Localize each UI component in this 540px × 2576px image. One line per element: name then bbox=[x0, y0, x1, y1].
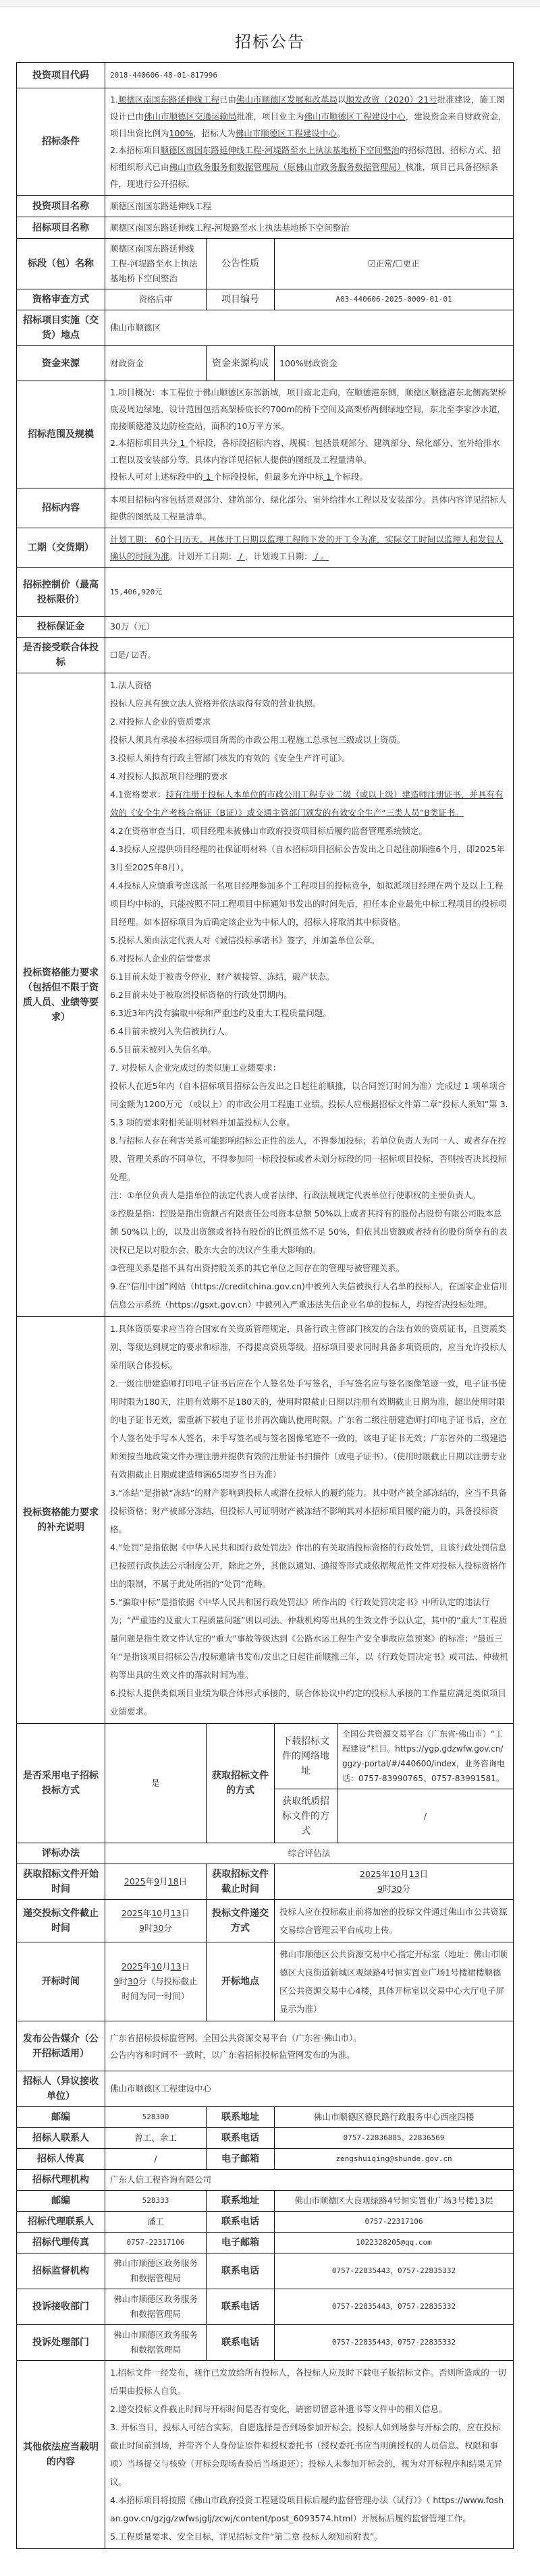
label-contact: 招标人联系人 bbox=[17, 2128, 105, 2149]
row-review: 资格审查方式 资格后审 项目编号 A03-440606-2025-0009-01… bbox=[17, 289, 514, 310]
value-phone: 0757-22836885、22836569 bbox=[275, 2128, 514, 2149]
label-agency-phone: 联系电话 bbox=[207, 2212, 275, 2233]
row-agency-post: 邮编 528333 联系地址 佛山市顺德区大良观绿路4号恒实置业广场3号楼13层 bbox=[17, 2191, 514, 2212]
value-agency-phone: 0757-22317106 bbox=[275, 2212, 514, 2233]
qualification-line: 投标人须具有承接本招标项目所需的市政公用工程施工总承包三级或以上资质。 bbox=[110, 731, 508, 749]
label-tenderer: 招标人（异议接收单位） bbox=[17, 2071, 105, 2107]
label-agency-contact: 招标代理联系人 bbox=[17, 2212, 105, 2233]
underlined-text: 顺发改资（2020）21号 bbox=[346, 94, 437, 105]
value-submit-deadline: 2025年10月13日9时30分 bbox=[105, 1900, 207, 1942]
label-qualification: 投标资格能力要求（包括但不限于资质人员、业绩等要求） bbox=[17, 673, 105, 1317]
underlined-text: 计划工期： bbox=[110, 534, 153, 544]
label-submit-method: 投标文件递交方式 bbox=[207, 1900, 275, 1942]
label-email: 电子邮箱 bbox=[207, 2149, 275, 2170]
hour: 9 bbox=[139, 1923, 144, 1933]
row-qualification: 投标资格能力要求（包括但不限于资质人员、业绩等要求） 1.法人资格 投标人应具有… bbox=[17, 673, 514, 1317]
value-complaint-receive-phone: 0757-22835443，0757-22835332 bbox=[275, 2289, 514, 2325]
text: 2.本招标项目共分 bbox=[110, 438, 177, 448]
value-download-address[interactable]: 全国公共资源交易平台（广东省·佛山市）“工程建设”栏目。https://ygp.… bbox=[337, 1724, 514, 1789]
row-complaint-process: 投诉处理部门 佛山市顺德区政务服务和数据管理局 联系电话 0757-228354… bbox=[17, 2325, 514, 2361]
label-complaint-receive-phone: 联系电话 bbox=[207, 2289, 275, 2325]
row-tenderer: 招标人（异议接收单位） 佛山市顺德区工程建设中心 bbox=[17, 2071, 514, 2107]
value-conditions: 1.顺德区南国东路延伸线工程已由佛山市顺德区发展和改革局以顺发改资（2020）2… bbox=[105, 88, 514, 196]
underlined-text: 佛山市政务服务和数据管理局（原佛山市政务服务数据管理局） bbox=[169, 162, 406, 172]
value-tenderer: 佛山市顺德区工程建设中心 bbox=[105, 2071, 514, 2107]
value-address: 佛山市顺德区德民路行政服务中心西座四楼 bbox=[275, 2107, 514, 2128]
value-evaluation: 综合评估法 bbox=[105, 1843, 514, 1864]
other-line: 1.招标文件一经发布，视作已发放给所有投标人，各投标人应及时下载电子版招标文件。… bbox=[110, 2363, 508, 2400]
underlined-text: 持有注册于投标人本单位的市政公用工程专业二级（或以上级）建造师注册证书，并具有有… bbox=[110, 789, 503, 818]
row-submit: 递交投标文件截止时间 2025年10月13日9时30分 投标文件递交方式 投标人… bbox=[17, 1900, 514, 1942]
label-funding: 资金来源 bbox=[17, 346, 105, 381]
value-funding-composition: 100%财政资金 bbox=[275, 346, 514, 381]
qualification-line: 2.对投标人企业的资质要求 bbox=[110, 712, 508, 731]
text: 以 bbox=[337, 94, 346, 105]
qualification-line: 6.4目前未被列入失信被执行人。 bbox=[110, 1022, 508, 1040]
qualification-line: 9.在“信用中国”网站（https://creditchina.gov.cn)中… bbox=[110, 1277, 508, 1314]
row-opening: 开标时间 2025年10月13日9时30分（与投标截止时间为同一时间） 开标地点… bbox=[17, 1942, 514, 2021]
year: 2025 bbox=[124, 1876, 146, 1886]
label-phone: 联系电话 bbox=[207, 2128, 275, 2149]
text: 。 bbox=[337, 128, 346, 138]
value-project-code: 2018-440606-48-01-817996 bbox=[105, 63, 514, 88]
qualification-line: 6.1目前未处于被责令停业，财产被接管、冻结，破产状态。 bbox=[110, 968, 508, 986]
label-opening-time: 开标时间 bbox=[17, 1942, 105, 2021]
row-other: 其他依法应当载明的内容 1.招标文件一经发布，视作已发放给所有投标人，各投标人应… bbox=[17, 2361, 514, 2549]
day: 13 bbox=[171, 1908, 182, 1918]
row-evaluation: 评标办法 综合评估法 bbox=[17, 1843, 514, 1864]
month: 10 bbox=[151, 1961, 162, 1971]
label-get-docs: 获取招标文件的方式 bbox=[207, 1724, 275, 1843]
label-paper-docs: 获取纸质招标文件的方式 bbox=[275, 1789, 337, 1843]
underlined-text: 佛山市顺德区发展和改革局 bbox=[236, 94, 337, 105]
qualification-line: 6.3近3年内没有骗取中标和严重违约及重大工程质量问题。 bbox=[110, 1004, 508, 1022]
label-complaint-receive: 投诉接收部门 bbox=[17, 2289, 105, 2325]
other-line: 5.工程质量要求、安全目标，详见招标文件“第二章 投标人须知前附表”。 bbox=[110, 2527, 508, 2546]
row-price: 招标控制价（最高投标限价） 15,406,920元 bbox=[17, 568, 514, 617]
value-supervision: 佛山市顺德区政务服务和数据管理局 bbox=[105, 2253, 207, 2289]
underlined-text: 佛山市顺德区工程建设中心 bbox=[304, 111, 406, 121]
label-doc-start: 获取招标文件开始时间 bbox=[17, 1864, 105, 1900]
supplement-line: 4.“处罚”是指依据《中华人民共和国行政处罚法》作出的有关取消投标资格的行政处罚… bbox=[110, 1538, 508, 1593]
value-supplement: 1.具体资质要求应当符合国家有关资质管理规定，具备行政主管部门核发的合法有效的资… bbox=[105, 1317, 514, 1724]
supplement-line: 5.“骗取中标”是指依据《中华人民共和国行政处罚法》所作出的《行政处罚决定书》中… bbox=[110, 1593, 508, 1684]
hour: 9 bbox=[377, 1884, 383, 1894]
value-agency-email[interactable]: 1022328205@qq.com bbox=[275, 2233, 514, 2253]
month: 9 bbox=[154, 1876, 159, 1886]
scope-paragraph-1: 1.项目概况：本工程位于佛山顺德区东部新城，项目南北走向，在顺德港东侧，顺德区顺… bbox=[110, 384, 508, 435]
qualification-line: 6.对投标人企业的信誉要求 bbox=[110, 949, 508, 968]
page-title: 招标公告 bbox=[0, 7, 540, 54]
minute: 30 bbox=[391, 1884, 402, 1894]
row-scope: 招标范围及规模 1.项目概况：本工程位于佛山顺德区东部新城，项目南北走向，在顺德… bbox=[17, 381, 514, 488]
label-agency-email: 电子邮箱 bbox=[207, 2233, 275, 2253]
row-supplement: 投标资格能力要求的补充说明 1.具体资质要求应当符合国家有关资质管理规定，具备行… bbox=[17, 1317, 514, 1724]
label-electronic: 是否采用电子招标投标方式 bbox=[17, 1724, 105, 1843]
value-agency: 广东人信工程咨询有限公司 bbox=[105, 2170, 514, 2191]
value-invest-name: 顺德区南国东路延伸线工程 bbox=[105, 196, 514, 217]
label-submit-deadline: 递交投标文件截止时间 bbox=[17, 1900, 105, 1942]
value-consortium: ☐是/ ☑否。 bbox=[105, 638, 514, 673]
qualification-line: 投标人在近5年内（自本招标项目招标公告发出之日起往前顺推，以合同签订时间为准）完… bbox=[110, 1077, 508, 1131]
value-funding: 财政资金 bbox=[105, 346, 207, 381]
label-deposit: 投标保证金 bbox=[17, 617, 105, 638]
value-fax: / bbox=[105, 2149, 207, 2170]
underlined-text: 顺德区南国东路延伸线工程-河堤路至水上执法基地桥下空间整治 bbox=[160, 145, 400, 155]
underlined-text: 佛山市顺德区交通运输局 bbox=[144, 111, 237, 121]
year: 2025 bbox=[122, 1908, 143, 1918]
minute: 30 bbox=[128, 1976, 138, 1986]
label-media: 发布公告媒介（公开招标适用） bbox=[17, 2021, 105, 2071]
qualification-line: 7. 对投标人企业完成过的类似施工业绩要求： bbox=[110, 1059, 508, 1077]
day: 13 bbox=[171, 1961, 182, 1971]
supplement-line: 6.投标人提供类似项目业绩为联合体形式承接的，联合体协议中约定的投标人承接的工作… bbox=[110, 1684, 508, 1720]
top-bar bbox=[0, 0, 540, 7]
text: 投标人可对上述标段中的 bbox=[110, 472, 203, 482]
label-supplement: 投标资格能力要求的补充说明 bbox=[17, 1317, 105, 1724]
label-conditions: 招标条件 bbox=[17, 88, 105, 196]
text: 已由 bbox=[219, 94, 236, 105]
qualification-line: 3.投标人须持有行政主管部门核发的有效的《安全生产许可证》。 bbox=[110, 749, 508, 767]
qualification-line: 6.2目前未处于被取消投标资格的行政处罚期内。 bbox=[110, 986, 508, 1004]
row-supervision: 招标监督机构 佛山市顺德区政务服务和数据管理局 联系电话 0757-228354… bbox=[17, 2253, 514, 2289]
label-funding-composition: 资金来源构成 bbox=[207, 346, 275, 381]
label-tender-name: 招标项目名称 bbox=[17, 217, 105, 239]
text: 个标段投标，但最多允许中标 bbox=[213, 472, 323, 482]
value-period: 计划工期： 60个日历天。具体开工日期以监理工程师下发的开工令为准，实际交工时间… bbox=[105, 528, 514, 568]
month: 10 bbox=[389, 1869, 400, 1879]
row-conditions: 招标条件 1.顺德区南国东路延伸线工程已由佛山市顺德区发展和改革局以顺发改资（2… bbox=[17, 88, 514, 196]
value-project-no: A03-440606-2025-0009-01-01 bbox=[275, 289, 514, 310]
value-section: 顺德区南国东路延伸线工程-河堤路至水上执法基地桥下空间整治 bbox=[105, 239, 207, 289]
label-complaint-process-phone: 联系电话 bbox=[207, 2325, 275, 2361]
value-scope: 1.项目概况：本工程位于佛山顺德区东部新城，项目南北走向，在顺德港东侧，顺德区顺… bbox=[105, 381, 514, 488]
row-complaint-receive: 投诉接收部门 佛山市顺德区政务服务和数据管理局 联系电话 0757-228354… bbox=[17, 2289, 514, 2325]
label-doc-end: 获取招标文件截止时间 bbox=[207, 1864, 275, 1900]
conditions-paragraph-2: 2.本招标项目顺德区南国东路延伸线工程-河堤路至水上执法基地桥下空间整治的招标范… bbox=[110, 142, 508, 192]
label-supervision: 招标监督机构 bbox=[17, 2253, 105, 2289]
row-consortium: 是否接受联合体投标 ☐是/ ☑否。 bbox=[17, 638, 514, 673]
value-qualification: 1.法人资格 投标人应具有独立法人资格并依法取得有效的营业执照。 2.对投标人企… bbox=[105, 673, 514, 1317]
submit-method-text: 投标人应在投标截止前将加密的投标文件通过佛山市公共资源交易综合管理云平台成功上传… bbox=[279, 1903, 508, 1939]
value-paper-docs: / bbox=[337, 1789, 514, 1843]
media-line: 广东省招标投标监管网、全国公共资源交易平台（广东省·佛山市）。 bbox=[110, 2029, 508, 2046]
scope-paragraph-3: 投标人可对上述标段中的 1 个标段投标，但最多允许中标 1 个标段。 bbox=[110, 468, 508, 485]
underlined-text: 佛山市顺德区工程建设中心 bbox=[236, 128, 337, 138]
label-agency-address: 联系地址 bbox=[207, 2191, 275, 2212]
value-electronic: 是 bbox=[105, 1724, 207, 1843]
notice-page: 招标公告 投资项目代码 2018-440606-48-01-817996 招标条… bbox=[0, 7, 540, 2576]
year: 2025 bbox=[122, 1961, 143, 1971]
value-tender-name: 顺德区南国东路延伸线工程-河堤路至水上执法基地桥下空间整治 bbox=[105, 217, 514, 239]
value-contact: 曾工、余工 bbox=[105, 2128, 207, 2149]
value-complaint-process: 佛山市顺德区政务服务和数据管理局 bbox=[105, 2325, 207, 2361]
row-period: 工期（交货期） 计划工期： 60个日历天。具体开工日期以监理工程师下发的开工令为… bbox=[17, 528, 514, 568]
day: 13 bbox=[409, 1869, 420, 1879]
row-invest-name: 投资项目名称 顺德区南国东路延伸线工程 bbox=[17, 196, 514, 217]
supplement-line: 2.一级注册建造师打印电子证书后应在个人签名处手写签名，手写签名应与签名图像笔迹… bbox=[110, 1374, 508, 1484]
underlined-text: / bbox=[237, 551, 245, 561]
value-opening-place: 佛山市顺德区公共资源交易中心指定开标室（地址：佛山市顺德区大良街道新城区观绿路4… bbox=[275, 1942, 514, 2021]
value-media: 广东省招标投标监管网、全国公共资源交易平台（广东省·佛山市）。 公告内容和时间不… bbox=[105, 2021, 514, 2071]
row-tender-name: 招标项目名称 顺德区南国东路延伸线工程-河堤路至水上执法基地桥下空间整治 bbox=[17, 217, 514, 239]
value-submit-method: 投标人应在投标截止前将加密的投标文件通过佛山市公共资源交易综合管理云平台成功上传… bbox=[275, 1900, 514, 1942]
label-download-address: 下载招标文件的网络地址 bbox=[275, 1724, 337, 1789]
row-location: 招标项目实施（交货）地点 佛山市顺德区 bbox=[17, 310, 514, 346]
label-opening-place: 开标地点 bbox=[207, 1942, 275, 2021]
row-tenderer-contact: 招标人联系人 曾工、余工 联系电话 0757-22836885、22836569 bbox=[17, 2128, 514, 2149]
label-agency-fax: 招标代理传真 bbox=[17, 2233, 105, 2253]
label-evaluation: 评标办法 bbox=[17, 1843, 105, 1864]
row-electronic-download: 是否采用电子招标投标方式 是 获取招标文件的方式 下载招标文件的网络地址 全国公… bbox=[17, 1724, 514, 1789]
qualification-line: 4.4投标人应慎重考虑选派一名项目经理参加多个工程项目的投标竞争，如拟派项目经理… bbox=[110, 876, 508, 931]
value-agency-address: 佛山市顺德区大良观绿路4号恒实置业广场3号楼13层 bbox=[275, 2191, 514, 2212]
hour: 9 bbox=[114, 1976, 119, 1986]
text: 1. bbox=[110, 94, 118, 105]
supplement-line: 1.具体资质要求应当符合国家有关资质管理规定，具备行政主管部门核发的合法有效的资… bbox=[110, 1320, 508, 1374]
other-line: 3. 开标当日，投标人可结合实际，自愿选择是否到场参加开标会。投标人如到场参与开… bbox=[110, 2418, 508, 2491]
label-address: 联系地址 bbox=[207, 2107, 275, 2128]
value-doc-start: 2025年9月18日 bbox=[105, 1864, 207, 1900]
month: 10 bbox=[151, 1908, 162, 1918]
value-control-price: 15,406,920元 bbox=[105, 568, 514, 617]
scope-paragraph-2: 2.本招标项目共分 1 个标段，各标段招标内容、规模：包括景观部分、建筑部分、绿… bbox=[110, 435, 508, 468]
text: 批准，项目业主为 bbox=[237, 111, 304, 121]
period-text: 计划工期： 60个日历天。具体开工日期以监理工程师下发的开工令为准，实际交工时间… bbox=[110, 531, 508, 565]
notice-table: 投资项目代码 2018-440606-48-01-817996 招标条件 1.顺… bbox=[16, 62, 514, 2549]
label-review-method: 资格审查方式 bbox=[17, 289, 105, 310]
underlined-text: 1 bbox=[177, 438, 188, 448]
label-period: 工期（交货期） bbox=[17, 528, 105, 568]
supplement-line: 3.“冻结”是指被“冻结”的财产影响到投标人或潜在投标人的履约能力。其中财产被全… bbox=[110, 1484, 508, 1538]
label-invest-name: 投资项目名称 bbox=[17, 196, 105, 217]
value-location: 佛山市顺德区 bbox=[105, 310, 514, 346]
text: ，计划竣工日期： bbox=[245, 551, 313, 561]
label-project-code: 投资项目代码 bbox=[17, 63, 105, 88]
qualification-line: ③管理关系是指不具有出资持股关系的其它单位之间存在的管理与被管理关系。 bbox=[110, 1259, 508, 1277]
row-deposit: 投标保证金 30万（元） bbox=[17, 617, 514, 638]
qualification-line: 注：①单位负责人是指单位的法定代表人或者法律、行政法规规定代表单位行使职权的主要… bbox=[110, 1186, 508, 1204]
label-other: 其他依法应当载明的内容 bbox=[17, 2361, 105, 2549]
value-doc-end: 2025年10月13日9时30分 bbox=[275, 1864, 514, 1900]
text: 2.本招标项目 bbox=[110, 145, 160, 155]
row-content: 招标内容 本项目招标内容包括景观部分、建筑部分、绿化部分、室外给排水工程以及安装… bbox=[17, 488, 514, 528]
qualification-line: 5.投标人须由法定代表人对《诚信投标承诺书》签字，并加盖单位公章。 bbox=[110, 931, 508, 949]
qualification-line: 1.法人资格 bbox=[110, 676, 508, 694]
label-scope: 招标范围及规模 bbox=[17, 381, 105, 488]
value-opening-time: 2025年10月13日9时30分（与投标截止时间为同一时间） bbox=[105, 1942, 207, 2021]
qualification-line: 4.3投标人应提供项目经理的社保证明材料（自本招标项目招标公告发出之日起往前顺推… bbox=[110, 840, 508, 876]
other-line: 2.递交投标文件截止时间与开标时间是否有变化，请密切留意补遗书等文件中的相关信息… bbox=[110, 2400, 508, 2418]
label-complaint-process: 投诉处理部门 bbox=[17, 2325, 105, 2361]
value-complaint-receive: 佛山市顺德区政务服务和数据管理局 bbox=[105, 2289, 207, 2325]
qualification-line: 投标人应具有独立法人资格并依法取得有效的营业执照。 bbox=[110, 694, 508, 712]
label-control-price: 招标控制价（最高投标限价） bbox=[17, 568, 105, 617]
qualification-line-4-1: 4.1资格要求：持有注册于投标人本单位的市政公用工程专业二级（或以上级）建造师注… bbox=[110, 785, 508, 822]
text: 4.1资格要求： bbox=[110, 789, 165, 800]
value-agency-postcode: 528333 bbox=[105, 2191, 207, 2212]
row-agency-fax: 招标代理传真 0757-22317106 电子邮箱 1022328205@qq.… bbox=[17, 2233, 514, 2253]
underlined-text: 顺德区南国东路延伸线工程 bbox=[118, 94, 219, 105]
value-notice-nature: ☑正常/☐更正 bbox=[275, 239, 514, 289]
qualification-line: 4.2在资格审查当日，项目经理未被佛山市政府投资项目标后履约监督管理系统锁定。 bbox=[110, 822, 508, 840]
row-doc-time: 获取招标文件开始时间 2025年9月18日 获取招标文件截止时间 2025年10… bbox=[17, 1864, 514, 1900]
media-line: 公告内容和时间不一致时，以广东省招标投标监管网发布的为准。 bbox=[110, 2046, 508, 2063]
label-fax: 招标人传真 bbox=[17, 2149, 105, 2170]
value-deposit: 30万（元） bbox=[105, 617, 514, 638]
row-agency-contact: 招标代理联系人 潘工 联系电话 0757-22317106 bbox=[17, 2212, 514, 2233]
minute: 30 bbox=[153, 1923, 164, 1933]
qualification-line: ②控股是指：控股是指出资额占有限责任公司资本总额 50%以上或者其持有的股份占股… bbox=[110, 1204, 508, 1259]
value-content: 本项目招标内容包括景观部分、建筑部分、绿化部分、室外给排水工程以及安装部分。具体… bbox=[105, 488, 514, 528]
text: ，招标人为 bbox=[193, 128, 236, 138]
value-agency-contact: 潘工 bbox=[105, 2212, 207, 2233]
row-project-code: 投资项目代码 2018-440606-48-01-817996 bbox=[17, 63, 514, 88]
underlined-text: 1 bbox=[323, 472, 334, 482]
value-email[interactable]: zengshuiqing@shunde.gov.cn bbox=[275, 2149, 514, 2170]
label-location: 招标项目实施（交货）地点 bbox=[17, 310, 105, 346]
content-text: 本项目招标内容包括景观部分、建筑部分、绿化部分、室外给排水工程以及安装部分。具体… bbox=[110, 491, 508, 525]
value-postcode: 528300 bbox=[105, 2107, 207, 2128]
label-agency: 招标代理机构 bbox=[17, 2170, 105, 2191]
day: 18 bbox=[168, 1876, 179, 1886]
year: 2025 bbox=[360, 1869, 381, 1879]
qualification-line: 8.与招标人存在利害关系可能影响招标公正性的法人，不得参加投标；若单位负责人为同… bbox=[110, 1131, 508, 1186]
qualification-line: 6.5目前未被列入失信名单。 bbox=[110, 1040, 508, 1059]
row-tenderer-fax: 招标人传真 / 电子邮箱 zengshuiqing@shunde.gov.cn bbox=[17, 2149, 514, 2170]
label-section: 标段（包）名称 bbox=[17, 239, 105, 289]
label-project-no: 项目编号 bbox=[207, 289, 275, 310]
other-line[interactable]: 4.本招标项目将按照《佛山市政府投资工程建设项目标后履约监督管理办法（试行）》（… bbox=[110, 2491, 508, 2527]
row-agency: 招标代理机构 广东人信工程咨询有限公司 bbox=[17, 2170, 514, 2191]
value-supervision-phone: 0757-22835443，0757-22835332 bbox=[275, 2253, 514, 2289]
label-agency-postcode: 邮编 bbox=[17, 2191, 105, 2212]
underlined-text: 1 bbox=[203, 472, 214, 482]
row-media: 发布公告媒介（公开招标适用） 广东省招标投标监管网、全国公共资源交易平台（广东省… bbox=[17, 2021, 514, 2071]
text: 。计划开工日期： bbox=[169, 551, 237, 561]
conditions-paragraph-1: 1.顺德区南国东路延伸线工程已由佛山市顺德区发展和改革局以顺发改资（2020）2… bbox=[110, 91, 508, 142]
label-postcode: 邮编 bbox=[17, 2107, 105, 2128]
row-tenderer-post: 邮编 528300 联系地址 佛山市顺德区德民路行政服务中心西座四楼 bbox=[17, 2107, 514, 2128]
label-consortium: 是否接受联合体投标 bbox=[17, 638, 105, 673]
qualification-line: 4.对投标人拟派项目经理的要求 bbox=[110, 767, 508, 785]
value-agency-fax: 0757-22317106 bbox=[105, 2233, 207, 2253]
underlined-text: 100% bbox=[169, 128, 194, 138]
underlined-text: / 。 bbox=[313, 551, 329, 561]
opening-place-text: 佛山市顺德区公共资源交易中心指定开标室（地址：佛山市顺德区大良街道新城区观绿路4… bbox=[279, 1945, 508, 2018]
label-supervision-phone: 联系电话 bbox=[207, 2253, 275, 2289]
label-notice-nature: 公告性质 bbox=[207, 239, 275, 289]
value-complaint-process-phone: 0757-22835443，0757-22835332 bbox=[275, 2325, 514, 2361]
row-section: 标段（包）名称 顺德区南国东路延伸线工程-河堤路至水上执法基地桥下空间整治 公告… bbox=[17, 239, 514, 289]
value-review-method: 资格后审 bbox=[105, 289, 207, 310]
value-other: 1.招标文件一经发布，视作已发放给所有投标人，各投标人应及时下载电子版招标文件。… bbox=[105, 2361, 514, 2549]
row-funding: 资金来源 财政资金 资金来源构成 100%财政资金 bbox=[17, 346, 514, 381]
label-content: 招标内容 bbox=[17, 488, 105, 528]
text: 个标段。 bbox=[334, 472, 368, 482]
